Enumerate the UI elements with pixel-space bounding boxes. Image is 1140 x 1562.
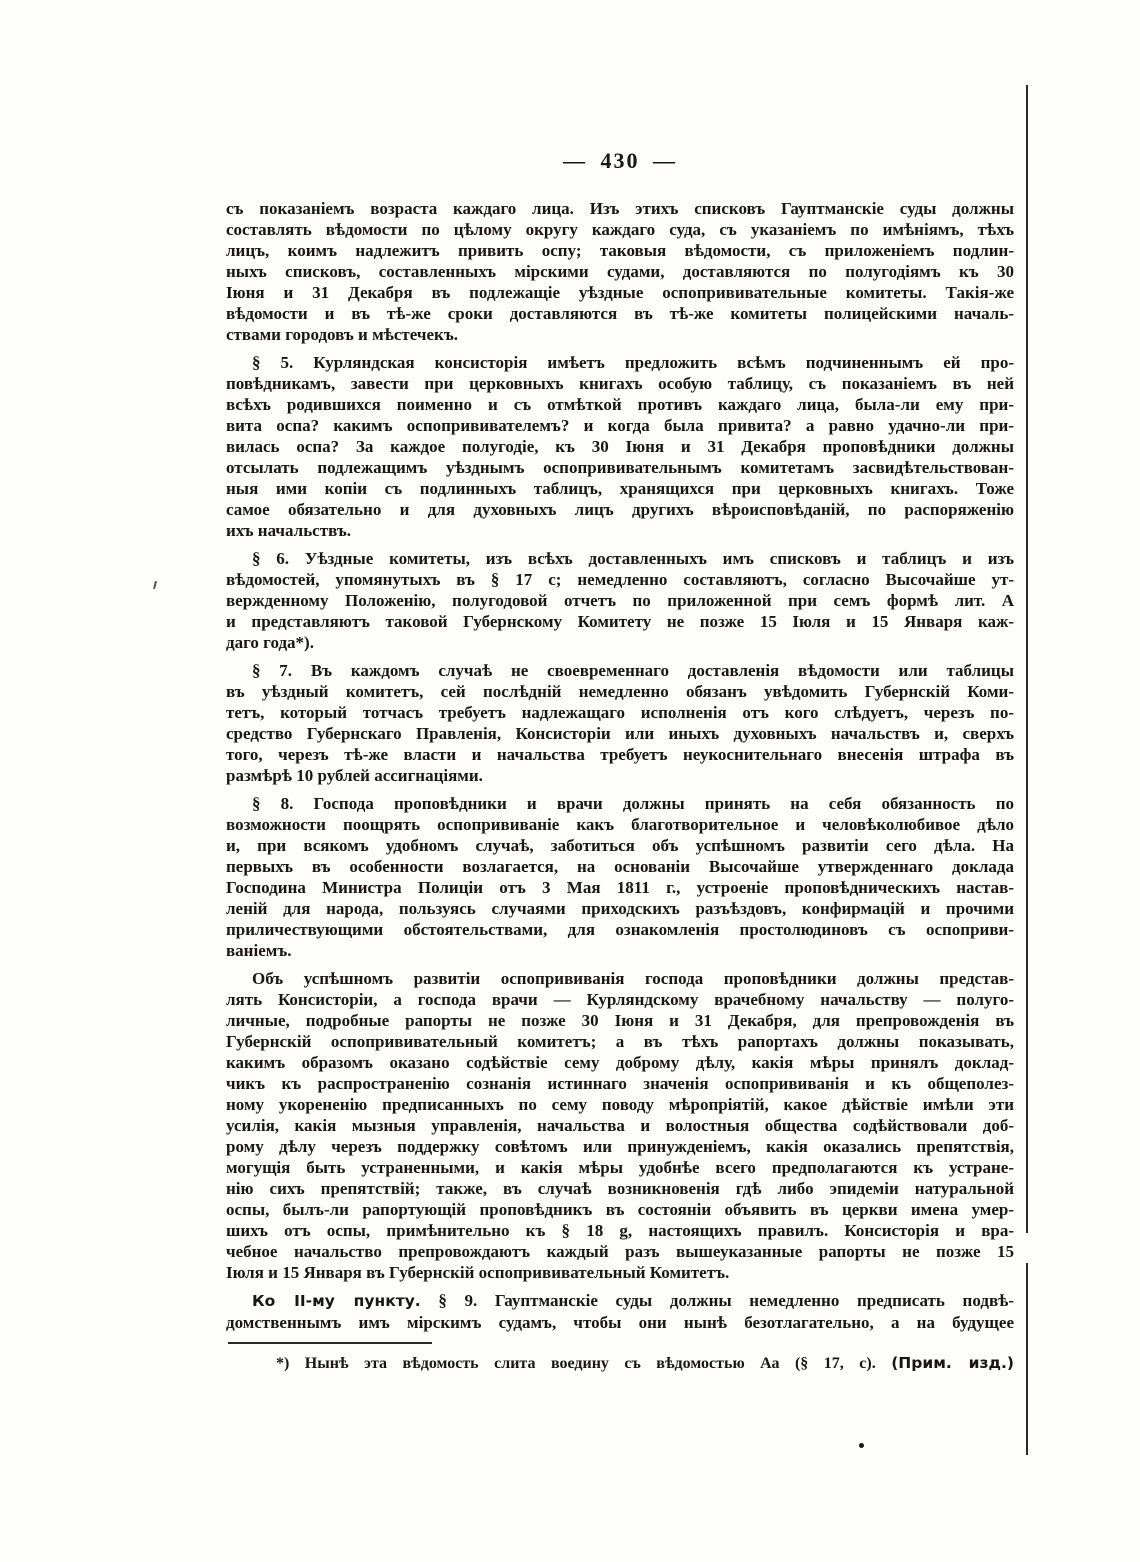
para-section-7: § 7. Въ каждомъ случаѣ не своевременнаго… — [226, 660, 1014, 786]
text-line: вилась оспа? За каждое полугодіе, къ 30 … — [226, 436, 1014, 457]
text-line: ныхъ списковъ, составленныхъ мірскими су… — [226, 261, 1014, 282]
text-line: § 8. Господа проповѣдники и врачи должны… — [226, 793, 1014, 814]
ink-dot-artifact — [859, 1443, 864, 1448]
para-section-9: Ко II-му пункту. § 9. Гауптманскіе суды … — [226, 1290, 1014, 1333]
text-line: отсылать подлежащимъ уѣзднымъ оспопривив… — [226, 457, 1014, 478]
text-run: Губернскій оспопрививательный комитетъ; … — [226, 1032, 1014, 1051]
text-line: размѣрѣ 10 рублей ассигнаціями. — [226, 765, 1014, 786]
text-run: ныхъ списковъ, составленныхъ мірскими су… — [226, 262, 1014, 281]
text-line: ваніемъ. — [226, 940, 1014, 961]
text-line: вѣдомостей, упомянутыхъ въ § 17 с; немед… — [226, 569, 1014, 590]
text-run: средство Губернскаго Правленія, Консисто… — [226, 724, 1014, 743]
text-run: того, черезъ тѣ-же власти и начальства т… — [226, 745, 1014, 764]
text-line: ному укорененію предписанныхъ по сему по… — [226, 1094, 1014, 1115]
text-run: Іюня и 31 Декабря въ подлежащіе уѣздные … — [226, 283, 1014, 302]
text-run: вержденному Положенію, полугодовой отчет… — [226, 591, 1014, 610]
text-line: первыхъ въ особенности возлагается, на о… — [226, 856, 1014, 877]
text-run: вѣдомости и въ тѣ-же сроки доставляются … — [226, 304, 1014, 323]
text-run: приличествующими обстоятельствами, для о… — [226, 920, 1014, 939]
text-run: вѣдомостей, упомянутыхъ въ § 17 с; немед… — [226, 570, 1014, 589]
text-run: усилія, какія мызныя управленія, начальс… — [226, 1116, 1014, 1135]
text-line: § 7. Въ каждомъ случаѣ не своевременнаго… — [226, 660, 1014, 681]
text-run: какимъ образомъ оказано содѣйствіе сему … — [226, 1053, 1014, 1072]
text-run: чебное начальство препровождаютъ каждый … — [226, 1242, 1014, 1261]
footnote-separator-rule — [228, 1342, 432, 1344]
text-line: приличествующими обстоятельствами, для о… — [226, 919, 1014, 940]
text-run: вилась оспа? За каждое полугодіе, къ 30 … — [226, 437, 1014, 456]
text-run: возможности поощрять оспопрививаніе какъ… — [226, 815, 1014, 834]
text-run: ствами городовъ и мѣстечекъ. — [226, 325, 458, 344]
text-run: Іюля и 15 Января въ Губернскій оспоприви… — [226, 1263, 729, 1282]
text-run: § 5. Курляндская консисторія имѣетъ пред… — [252, 353, 1014, 372]
text-line: лять Консисторіи, а господа врачи — Курл… — [226, 989, 1014, 1010]
text-line: ихъ начальствъ. — [226, 520, 1014, 541]
text-line: Губернскій оспопрививательный комитетъ; … — [226, 1031, 1014, 1052]
page-number: — 430 — — [227, 148, 1013, 174]
text-run: § 7. Въ каждомъ случаѣ не своевременнаго… — [252, 661, 1014, 680]
scanned-document-page: — 430 — съ показаніемъ возраста каждаго … — [0, 0, 1140, 1562]
text-run: чикъ къ распространенію сознанія истинна… — [226, 1074, 1014, 1093]
text-line: ныя ими копіи съ подлинныхъ таблицъ, хра… — [226, 478, 1014, 499]
text-line: могущія быть устраненными, и какія мѣры … — [226, 1157, 1014, 1178]
text-run: въ уѣздный комитетъ, сей послѣдній немед… — [226, 682, 1014, 701]
text-line: вѣдомости и въ тѣ-же сроки доставляются … — [226, 303, 1014, 324]
text-run: Господина Министра Полиціи отъ 3 Мая 181… — [226, 878, 1014, 897]
text-run: съ показаніемъ возраста каждаго лица. Из… — [226, 199, 1014, 218]
text-line: и представляютъ таковой Губернскому Коми… — [226, 611, 1014, 632]
text-run: Объ успѣшномъ развитіи оспопрививанія го… — [252, 969, 1014, 988]
text-run: составлять вѣдомости по цѣлому округу ка… — [226, 220, 1014, 239]
text-line: составлять вѣдомости по цѣлому округу ка… — [226, 219, 1014, 240]
text-line: лицъ, коимъ надлежитъ привить оспу; тако… — [226, 240, 1014, 261]
scan-edge-line-artifact — [1026, 1263, 1028, 1455]
text-line: какимъ образомъ оказано содѣйствіе сему … — [226, 1052, 1014, 1073]
text-run: ваніемъ. — [226, 941, 292, 960]
text-run: рому дѣлу черезъ поддержку совѣтомъ или … — [226, 1137, 1014, 1156]
text-line: того, черезъ тѣ-же власти и начальства т… — [226, 744, 1014, 765]
text-line: вита оспа? какимъ оспопрививателемъ? и к… — [226, 415, 1014, 436]
text-line: возможности поощрять оспопрививаніе какъ… — [226, 814, 1014, 835]
text-run: домственнымъ имъ мірскимъ судамъ, чтобы … — [226, 1313, 1014, 1332]
text-line: домственнымъ имъ мірскимъ судамъ, чтобы … — [226, 1312, 1014, 1333]
text-line: Іюня и 31 Декабря въ подлежащіе уѣздные … — [226, 282, 1014, 303]
text-run: ныя ими копіи съ подлинныхъ таблицъ, хра… — [226, 479, 1014, 498]
text-run: первыхъ въ особенности возлагается, на о… — [226, 857, 1014, 876]
text-line: вержденному Положенію, полугодовой отчет… — [226, 590, 1014, 611]
margin-mark-artifact — [153, 581, 157, 589]
text-line: тетъ, который тотчасъ требуетъ надлежаща… — [226, 702, 1014, 723]
bold-run: Ко II-му пункту. — [252, 1292, 421, 1310]
text-run: размѣрѣ 10 рублей ассигнаціями. — [226, 766, 483, 785]
text-run: лицъ, коимъ надлежитъ привить оспу; тако… — [226, 241, 1014, 260]
text-line: оспы, былъ-ли рапортующій проповѣдникъ в… — [226, 1199, 1014, 1220]
text-line: Іюля и 15 Января въ Губернскій оспоприви… — [226, 1262, 1014, 1283]
text-run: самое обязательно и для духовныхъ лицъ д… — [226, 500, 1014, 519]
text-line: Господина Министра Полиціи отъ 3 Мая 181… — [226, 877, 1014, 898]
text-line: повѣдникамъ, завести при церковныхъ книг… — [226, 373, 1014, 394]
para-section-6: § 6. Уѣздные комитеты, изъ всѣхъ доставл… — [226, 548, 1014, 653]
text-run: и представляютъ таковой Губернскому Коми… — [226, 612, 1014, 631]
text-run: тетъ, который тотчасъ требуетъ надлежаща… — [226, 703, 1014, 722]
text-run: и, при всякомъ удобномъ случаѣ, заботить… — [226, 836, 1014, 855]
text-line: съ показаніемъ возраста каждаго лица. Из… — [226, 198, 1014, 219]
text-run: § 8. Господа проповѣдники и врачи должны… — [252, 794, 1014, 813]
text-line: Ко II-му пункту. § 9. Гауптманскіе суды … — [226, 1290, 1014, 1312]
text-run: § 9. Гауптманскіе суды должны немедленно… — [421, 1291, 1014, 1310]
text-run: личные, подробные рапорты не позже 30 Ію… — [226, 1011, 1014, 1030]
text-run: леній для народа, пользуясь случаями при… — [226, 899, 1014, 918]
text-run: *) Нынѣ эта вѣдомость слита воедину съ в… — [276, 1355, 891, 1372]
text-line: § 5. Курляндская консисторія имѣетъ пред… — [226, 352, 1014, 373]
para-section-8: § 8. Господа проповѣдники и врачи должны… — [226, 793, 1014, 961]
text-run: лять Консисторіи, а господа врачи — Курл… — [226, 990, 1014, 1009]
text-run: всѣхъ родившихся поименно и съ отмѣткой … — [226, 395, 1014, 414]
text-line: шихъ отъ оспы, примѣнительно къ § 18 g, … — [226, 1220, 1014, 1241]
text-run: ному укорененію предписанныхъ по сему по… — [226, 1095, 1014, 1114]
text-run: § 6. Уѣздные комитеты, изъ всѣхъ доставл… — [252, 549, 1014, 568]
para-reports: Объ успѣшномъ развитіи оспопрививанія го… — [226, 968, 1014, 1283]
text-run: оспы, былъ-ли рапортующій проповѣдникъ в… — [226, 1200, 1014, 1219]
text-line: леній для народа, пользуясь случаями при… — [226, 898, 1014, 919]
text-run: ихъ начальствъ. — [226, 521, 351, 540]
text-line: Объ успѣшномъ развитіи оспопрививанія го… — [226, 968, 1014, 989]
text-line: усилія, какія мызныя управленія, начальс… — [226, 1115, 1014, 1136]
para-section-5: § 5. Курляндская консисторія имѣетъ пред… — [226, 352, 1014, 541]
para-continuation: съ показаніемъ возраста каждаго лица. Из… — [226, 198, 1014, 345]
text-line: § 6. Уѣздные комитеты, изъ всѣхъ доставл… — [226, 548, 1014, 569]
text-line: ствами городовъ и мѣстечекъ. — [226, 324, 1014, 345]
text-line: средство Губернскаго Правленія, Консисто… — [226, 723, 1014, 744]
text-line: даго года*). — [226, 632, 1014, 653]
footnote-block: *) Нынѣ эта вѣдомость слита воедину съ в… — [226, 1342, 1014, 1374]
text-run: даго года*). — [226, 633, 314, 652]
text-line: всѣхъ родившихся поименно и съ отмѣткой … — [226, 394, 1014, 415]
text-run: отсылать подлежащимъ уѣзднымъ оспопривив… — [226, 458, 1014, 477]
text-line: самое обязательно и для духовныхъ лицъ д… — [226, 499, 1014, 520]
text-line: нію сихъ препятствій; также, въ случаѣ в… — [226, 1178, 1014, 1199]
text-line: чикъ къ распространенію сознанія истинна… — [226, 1073, 1014, 1094]
text-run: шихъ отъ оспы, примѣнительно къ § 18 g, … — [226, 1221, 1014, 1240]
text-column: съ показаніемъ возраста каждаго лица. Из… — [226, 198, 1014, 1374]
text-line: въ уѣздный комитетъ, сей послѣдній немед… — [226, 681, 1014, 702]
text-run: нію сихъ препятствій; также, въ случаѣ в… — [226, 1179, 1014, 1198]
text-run: вита оспа? какимъ оспопрививателемъ? и к… — [226, 416, 1014, 435]
bold-run: (Прим. изд.) — [891, 1354, 1014, 1372]
footnote-line: *) Нынѣ эта вѣдомость слита воедину съ в… — [226, 1353, 1014, 1374]
text-run: могущія быть устраненными, и какія мѣры … — [226, 1158, 1014, 1177]
text-line: рому дѣлу черезъ поддержку совѣтомъ или … — [226, 1136, 1014, 1157]
text-run: повѣдникамъ, завести при церковныхъ книг… — [226, 374, 1014, 393]
text-line: чебное начальство препровождаютъ каждый … — [226, 1241, 1014, 1262]
text-line: личные, подробные рапорты не позже 30 Ію… — [226, 1010, 1014, 1031]
text-line: и, при всякомъ удобномъ случаѣ, заботить… — [226, 835, 1014, 856]
scan-edge-line-artifact — [1026, 85, 1028, 1233]
